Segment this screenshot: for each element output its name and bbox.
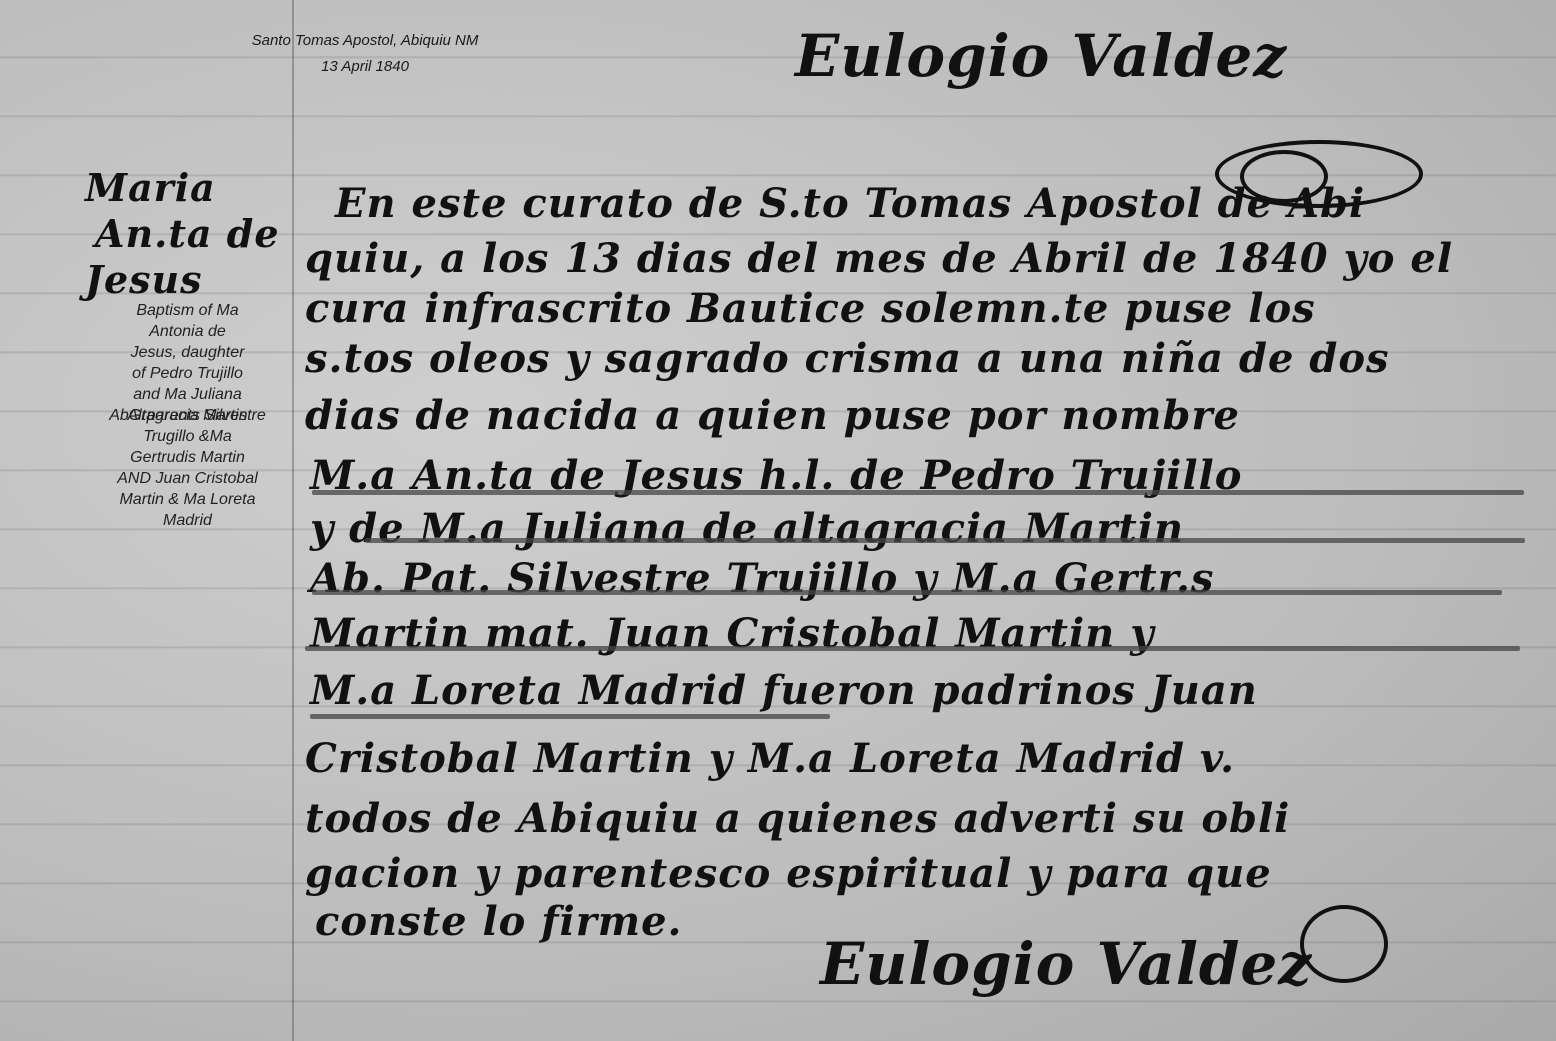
margin-rule — [292, 0, 294, 1041]
body-line: conste lo firme. — [315, 898, 682, 945]
body-line: y de M.a Juliana de altagracia Martin — [310, 505, 1184, 552]
body-line: quiu, a los 13 dias del mes de Abril de … — [305, 235, 1453, 282]
body-line: M.a Loreta Madrid fueron padrinos Juan — [310, 667, 1258, 714]
body-line: Cristobal Martin y M.a Loreta Madrid v. — [305, 735, 1235, 782]
body-line: En este curato de S.to Tomas Apostol de … — [335, 180, 1365, 227]
highlight-underline — [312, 490, 1524, 495]
body-line: cura infrascrito Bautice solemn.te puse … — [305, 285, 1316, 332]
highlight-underline — [312, 590, 1502, 595]
body-line: todos de Abiquiu a quienes adverti su ob… — [305, 795, 1290, 842]
highlight-underline — [310, 714, 830, 719]
signature-bottom: Eulogio Valdez — [820, 930, 1312, 998]
rubric-flourish-bottom — [1300, 905, 1388, 983]
record-location: Santo Tomas Apostol, Abiquiu NM — [195, 28, 535, 54]
manuscript-page: Santo Tomas Apostol, Abiquiu NM 13 April… — [0, 0, 1556, 1041]
overlapping-annotation-line: Altagracia Martin AbGrparents Silvestre — [90, 405, 285, 426]
highlight-underline — [365, 538, 1525, 543]
baptism-annotation: Baptism of Ma Antonia de Jesus, daughter… — [90, 300, 285, 531]
record-date: 13 April 1840 — [195, 54, 535, 80]
body-line: gacion y parentesco espiritual y para qu… — [305, 850, 1272, 897]
body-line: s.tos oleos y sagrado crisma a una niña … — [305, 335, 1390, 382]
record-header: Santo Tomas Apostol, Abiquiu NM 13 April… — [195, 28, 535, 80]
body-line: dias de nacida a quien puse por nombre — [305, 392, 1240, 439]
margin-note: Maria An.ta de Jesus — [85, 165, 280, 303]
signature-top: Eulogio Valdez — [795, 22, 1287, 90]
highlight-underline — [305, 646, 1520, 651]
